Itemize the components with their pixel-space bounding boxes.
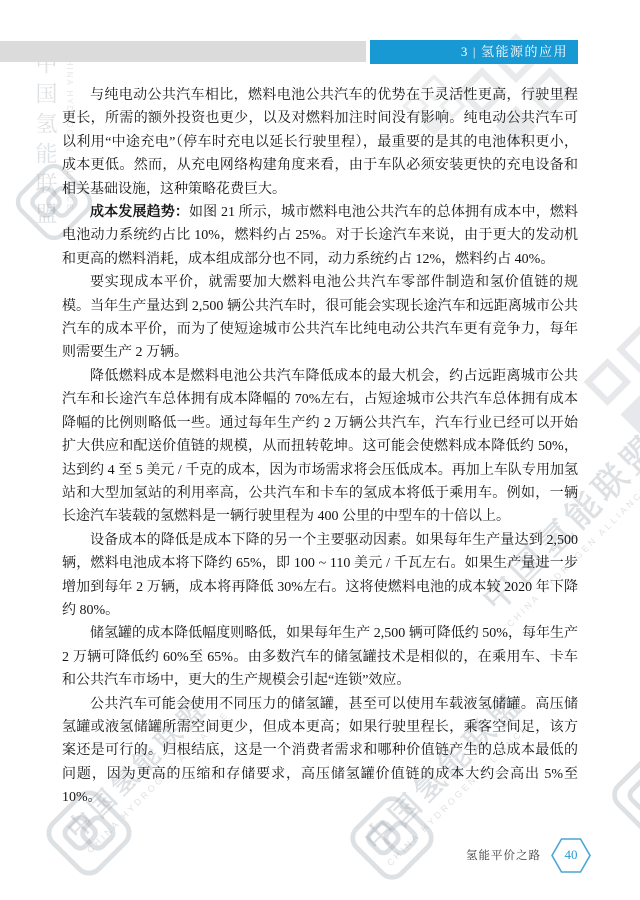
paragraph: 降低燃料成本是燃料电池公共汽车降低成本的最大机会，约占远距离城市公共汽车和长途汽…: [62, 365, 578, 529]
paragraph: 储氢罐的成本降低幅度则略低，如果每年生产 2,500 辆可降低约 50%，每年生…: [62, 622, 578, 692]
document-page: 中国氢能联盟 CHINA HYDROGEN ALLIANCE 中国氢能联盟 CH…: [0, 0, 640, 900]
page-footer: 氢能平价之路 40: [466, 836, 592, 874]
paragraph: 公共汽车可能会使用不同压力的储氢罐，甚至可以使用车载液氢储罐。高压储氢罐或液氢储…: [62, 693, 578, 810]
page-number: 40: [550, 837, 592, 874]
book-title: 氢能平价之路: [466, 847, 541, 863]
lattice-pattern-icon: [575, 317, 640, 447]
body-text: 与纯电动公共汽车相比，燃料电池公共汽车的优势在于灵活性更高，行驶里程更长，所需的…: [62, 84, 578, 810]
chapter-header: 3|氢能源的应用: [370, 40, 578, 64]
alliance-logo-icon: [606, 748, 640, 842]
watermark-text: 中国氢能联盟: [30, 52, 61, 232]
chapter-number: 3: [461, 44, 469, 59]
paragraph: 与纯电动公共汽车相比，燃料电池公共汽车的优势在于灵活性更高，行驶里程更长，所需的…: [62, 84, 578, 201]
header-gray-rule: [0, 41, 366, 62]
paragraph-lead: 成本发展趋势：: [90, 205, 189, 220]
page-number-badge: 40: [550, 837, 592, 874]
chapter-title: 氢能源的应用: [481, 44, 568, 59]
chapter-separator: |: [469, 44, 481, 59]
paragraph: 成本发展趋势：如图 21 所示，城市燃料电池公共汽车的总体拥有成本中，燃料电池动…: [62, 201, 578, 271]
paragraph: 要实现成本平价，就需要加大燃料电池公共汽车零部件制造和氢价值链的规模。当年生产量…: [62, 271, 578, 365]
paragraph: 设备成本的降低是成本下降的另一个主要驱动因素。如果每年生产量达到 2,500 辆…: [62, 529, 578, 623]
